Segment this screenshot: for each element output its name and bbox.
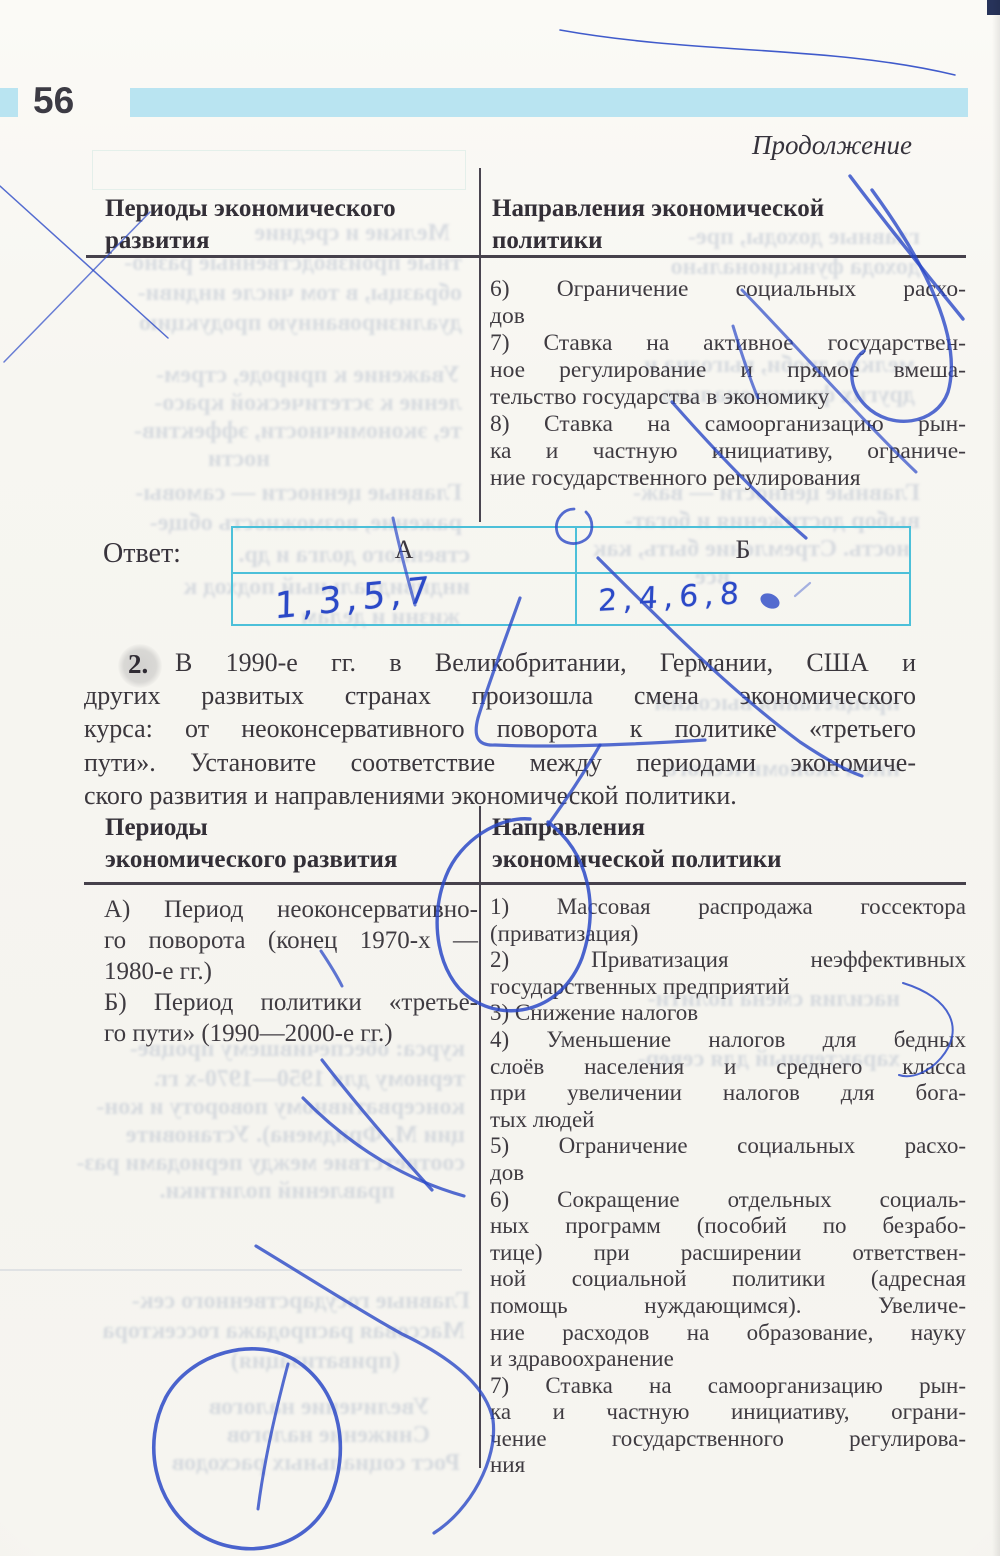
answer-column-b-header: Б: [577, 528, 909, 574]
bleed-through-text: ление к эстетической красо-: [132, 390, 462, 417]
header-bar-left-fragment: [0, 88, 18, 117]
bleed-through-text: Главные ценности — самовы-: [132, 480, 462, 507]
text-line: и здравоохранение: [490, 1346, 966, 1373]
table2-right-column-items: 1) Массовая распродажа госсектора(приват…: [490, 894, 966, 1479]
bleed-through-text: Рост социальных расходов: [130, 1450, 460, 1477]
bleed-through-text: дуализированную продукцию: [132, 310, 462, 337]
table2-header-rule: [84, 882, 966, 885]
text-line: (приватизация): [490, 921, 966, 948]
text-line: 7) Ставка на самоорганизацию рын-: [490, 1373, 966, 1400]
direction-item-1: 1) Массовая распродажа госсектора(приват…: [490, 894, 966, 947]
text-line: 6) Сокращение отдельных социаль-: [490, 1187, 966, 1214]
table1-right-column-items: 6) Ограничение социальных расхо-дов 7) С…: [490, 276, 966, 492]
bleed-through-text: Массовая распродажа госсектора: [95, 1318, 465, 1345]
text-line: го пути» (1990—2000-е гг.): [104, 1018, 478, 1049]
text-line: слоёв населения и среднего класса: [490, 1054, 966, 1081]
bleed-rule-line: [0, 1269, 462, 1271]
text-line: ка и частную инициативу, ограниче-: [490, 438, 966, 465]
task2-paragraph: В 1990-е гг. в Великобритании, Германии,…: [84, 646, 916, 812]
bleed-table-outline: [92, 150, 466, 190]
text-line: ной социальной политики (адресная: [490, 1266, 966, 1293]
text-line: ка и частную инициативу, ограни-: [490, 1399, 966, 1426]
table2-header-periods: Периоды экономического развития: [105, 812, 475, 876]
bleed-through-text: (приватизация): [150, 1348, 400, 1375]
answer-column-a-header: А: [233, 528, 577, 574]
direction-item-5: 5) Ограничение социальных расхо-дов: [490, 1133, 966, 1186]
answer-label: Ответ:: [103, 538, 181, 570]
bleed-through-text: соответствие между периодами раз-: [95, 1150, 465, 1177]
text-line: ное регулирование и прямое вмеша-: [490, 357, 966, 384]
text-line: тельство государства в экономику: [490, 384, 966, 411]
text-line: ние расходов на образование, науку: [490, 1320, 966, 1347]
direction-item-7: 7) Ставка на самоорганизацию рын-ка и ча…: [490, 1373, 966, 1479]
bleed-through-text: Главные государственного сек-: [150, 1288, 470, 1315]
text-line: государственных предприятий: [490, 974, 966, 1001]
table1-header-directions: Направления экономической политики: [492, 193, 962, 257]
bleed-through-text: те, экономичности, эффектив-: [132, 418, 462, 445]
text-line: курса: от неоконсервативного поворота к …: [84, 712, 916, 745]
bleed-through-text: Снижение налогов: [150, 1422, 430, 1449]
text-line: 1) Массовая распродажа госсектора: [490, 894, 966, 921]
bleed-through-text: консервативному повороту и кон-: [95, 1094, 465, 1121]
text-line: 3) Снижение налогов: [490, 1000, 966, 1027]
text-line: Б) Период политики «третье-: [104, 987, 478, 1018]
text-line: 4) Уменьшение налогов для бедных: [490, 1027, 966, 1054]
text-line: чение государственного регулирова-: [490, 1426, 966, 1453]
direction-item-2: 2) Приватизация неэффективныхгосударстве…: [490, 947, 966, 1000]
table2-column-divider: [479, 806, 481, 1468]
page-edge-shadow: [992, 0, 1000, 1556]
bleed-through-text: Уважение к природе, стрем-: [150, 362, 460, 389]
text-line: 1980-е гг.): [104, 956, 478, 987]
bleed-through-text: правлений политики.: [95, 1178, 395, 1205]
text-line: дов: [490, 1160, 966, 1187]
text-line: тых людей: [490, 1107, 966, 1134]
table1-column-divider: [479, 168, 481, 522]
bleed-through-text: ности: [150, 446, 270, 473]
policy-item-6: 6) Ограничение социальных расхо-дов: [490, 276, 966, 330]
direction-item-4: 4) Уменьшение налогов для бедныхслоёв на…: [490, 1027, 966, 1133]
bleed-through-text: ции М. Фридмена). Установите: [95, 1122, 465, 1149]
period-item-b: Б) Период политики «третье-го пути» (199…: [104, 987, 478, 1049]
direction-item-6: 6) Сокращение отдельных социаль-ных прог…: [490, 1187, 966, 1373]
continuation-label: Продолжение: [600, 130, 912, 161]
text-line: ных программ (пособий по безрабо-: [490, 1213, 966, 1240]
bleed-through-text: Увеличение налогов: [150, 1394, 430, 1421]
text-line: А) Период неоконсервативно-: [104, 894, 478, 925]
text-line: го поворота (конец 1970-х —: [104, 925, 478, 956]
direction-item-3: 3) Снижение налогов: [490, 1000, 966, 1027]
table2-left-column-items: А) Период неоконсервативно-го поворота (…: [104, 894, 478, 1049]
text-line: 7) Ставка на активное государствен-: [490, 330, 966, 357]
text-line: ние государственного регулирования: [490, 465, 966, 492]
table2-header-directions: Направления экономической политики: [492, 812, 962, 876]
text-line: 2) Приватизация неэффективных: [490, 947, 966, 974]
text-line: пути». Установите соответствие между пер…: [84, 746, 916, 779]
text-line: 6) Ограничение социальных расхо-: [490, 276, 966, 303]
bleed-through-text: образцы, в том числе индиви-: [132, 280, 462, 307]
text-line: помощь нуждающимся). Увеличе-: [490, 1293, 966, 1320]
table1-header-periods: Периоды экономического развития: [105, 193, 475, 257]
header-bar: [130, 88, 968, 117]
policy-item-8: 8) Ставка на самоорганизацию рын-ка и ча…: [490, 411, 966, 492]
bleed-through-text: терному для 1950—1970-х гг.: [95, 1066, 465, 1093]
text-line: при увеличении налогов для бога-: [490, 1080, 966, 1107]
text-line: тице) при расширении ответствен-: [490, 1240, 966, 1267]
workbook-page-scan: Мелкие и средниетные производственные ра…: [0, 0, 1000, 1556]
text-line: 5) Ограничение социальных расхо-: [490, 1133, 966, 1160]
text-line: ния: [490, 1452, 966, 1479]
table1-header-rule: [86, 255, 966, 258]
text-line: дов: [490, 303, 966, 330]
text-line: В 1990-е гг. в Великобритании, Германии,…: [84, 646, 916, 679]
text-line: других развитых странах произошла смена …: [84, 679, 916, 712]
text-line: 8) Ставка на самоорганизацию рын-: [490, 411, 966, 438]
policy-item-7: 7) Ставка на активное государствен-ное р…: [490, 330, 966, 411]
page-number: 56: [33, 80, 74, 122]
period-item-a: А) Период неоконсервативно-го поворота (…: [104, 894, 478, 987]
text-line: ского развития и направлениями экономиче…: [84, 779, 916, 812]
